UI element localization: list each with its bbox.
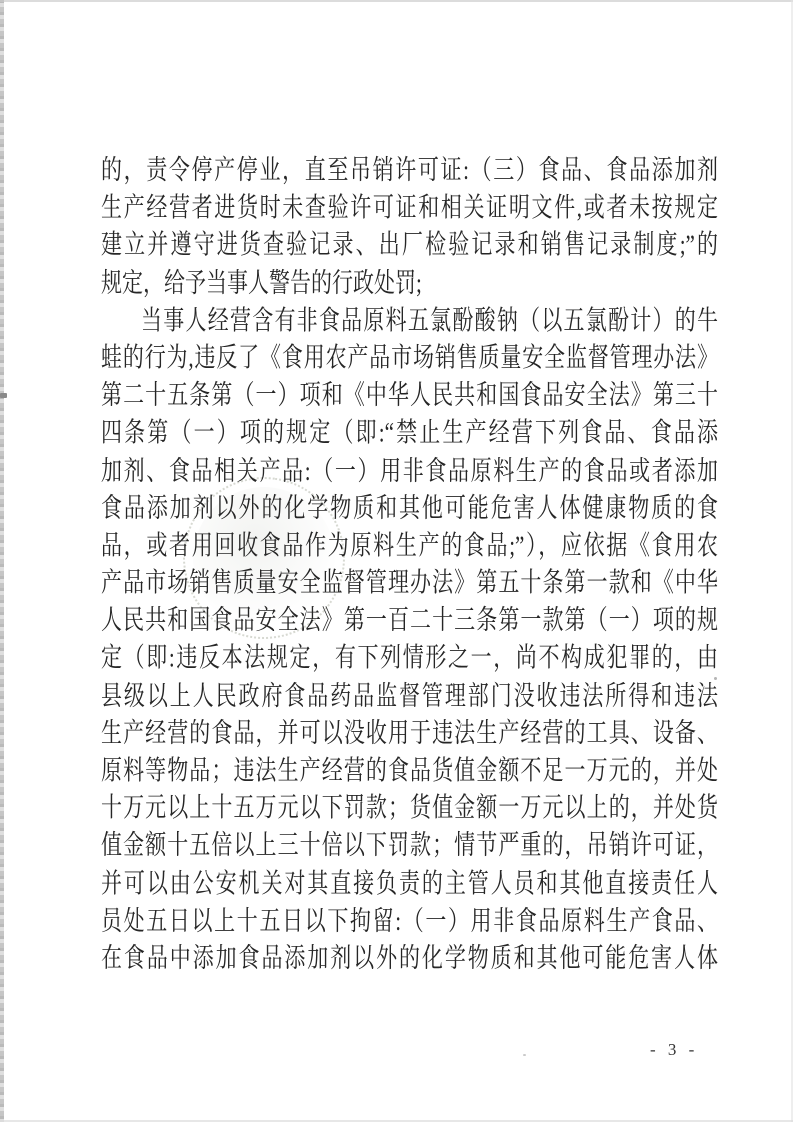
- document-line: 第二十五条第（一）项和《中华人民共和国食品安全法》第三十: [101, 377, 718, 415]
- scan-edge-top: [0, 0, 793, 2]
- document-line: 定（即:违反本法规定，有下列情形之一，尚不构成犯罪的，由: [101, 640, 718, 678]
- document-body: 的，责令停产停业，直至吊销许可证:（三）食品、食品添加剂生产经营者进货时未查验许…: [101, 152, 718, 978]
- scan-speck: [714, 677, 717, 680]
- document-line: 的，责令停产停业，直至吊销许可证:（三）食品、食品添加剂: [101, 152, 718, 190]
- scanned-document-page: 的，责令停产停业，直至吊销许可证:（三）食品、食品添加剂生产经营者进货时未查验许…: [0, 0, 793, 1122]
- document-line: 生产经营者进货时未查验许可证和相关证明文件,或者未按规定: [101, 190, 718, 228]
- document-line: 加剂、食品相关产品:（一）用非食品原料生产的食品或者添加: [101, 452, 718, 490]
- scan-speck: [523, 1054, 526, 1056]
- scan-edge-left: [0, 0, 4, 1122]
- document-line: 县级以上人民政府食品药品监督管理部门没收违法所得和违法: [101, 677, 718, 715]
- document-line: 在食品中添加食品添加剂以外的化学物质和其他可能危害人体: [101, 940, 718, 978]
- document-line: 规定，给予当事人警告的行政处罚;: [101, 265, 718, 303]
- document-line: 蛙的行为,违反了《食用农产品市场销售质量安全监督管理办法》: [101, 340, 718, 378]
- document-line: 当事人经营含有非食品原料五氯酚酸钠（以五氯酚计）的牛: [101, 302, 718, 340]
- document-line: 并可以由公安机关对其直接负责的主管人员和其他直接责任人: [101, 865, 718, 903]
- document-line: 十万元以上十五万元以下罚款；货值金额一万元以上的，并处货: [101, 790, 718, 828]
- document-line: 食品添加剂以外的化学物质和其他可能危害人体健康物质的食: [101, 490, 718, 528]
- document-line: 原料等物品；违法生产经营的食品货值金额不足一万元的，并处: [101, 752, 718, 790]
- document-line: 员处五日以上十五日以下拘留:（一）用非食品原料生产食品、: [101, 903, 718, 941]
- document-line: 生产经营的食品，并可以没收用于违法生产经营的工具、设备、: [101, 715, 718, 753]
- document-line: 人民共和国食品安全法》第一百二十三条第一款第（一）项的规: [101, 602, 718, 640]
- scan-edge-mark: [0, 393, 7, 398]
- document-line: 建立并遵守进货查验记录、出厂检验记录和销售记录制度;”的: [101, 227, 718, 265]
- document-line: 四条第（一）项的规定（即:“禁止生产经营下列食品、食品添: [101, 415, 718, 453]
- document-line: 值金额十五倍以上三十倍以下罚款；情节严重的，吊销许可证，: [101, 827, 718, 865]
- document-line: 产品市场销售质量安全监督管理办法》第五十条第一款和《中华: [101, 565, 718, 603]
- page-number: - 3 -: [650, 1040, 698, 1060]
- document-line: 品，或者用回收食品作为原料生产的食品;”），应依据《食用农: [101, 527, 718, 565]
